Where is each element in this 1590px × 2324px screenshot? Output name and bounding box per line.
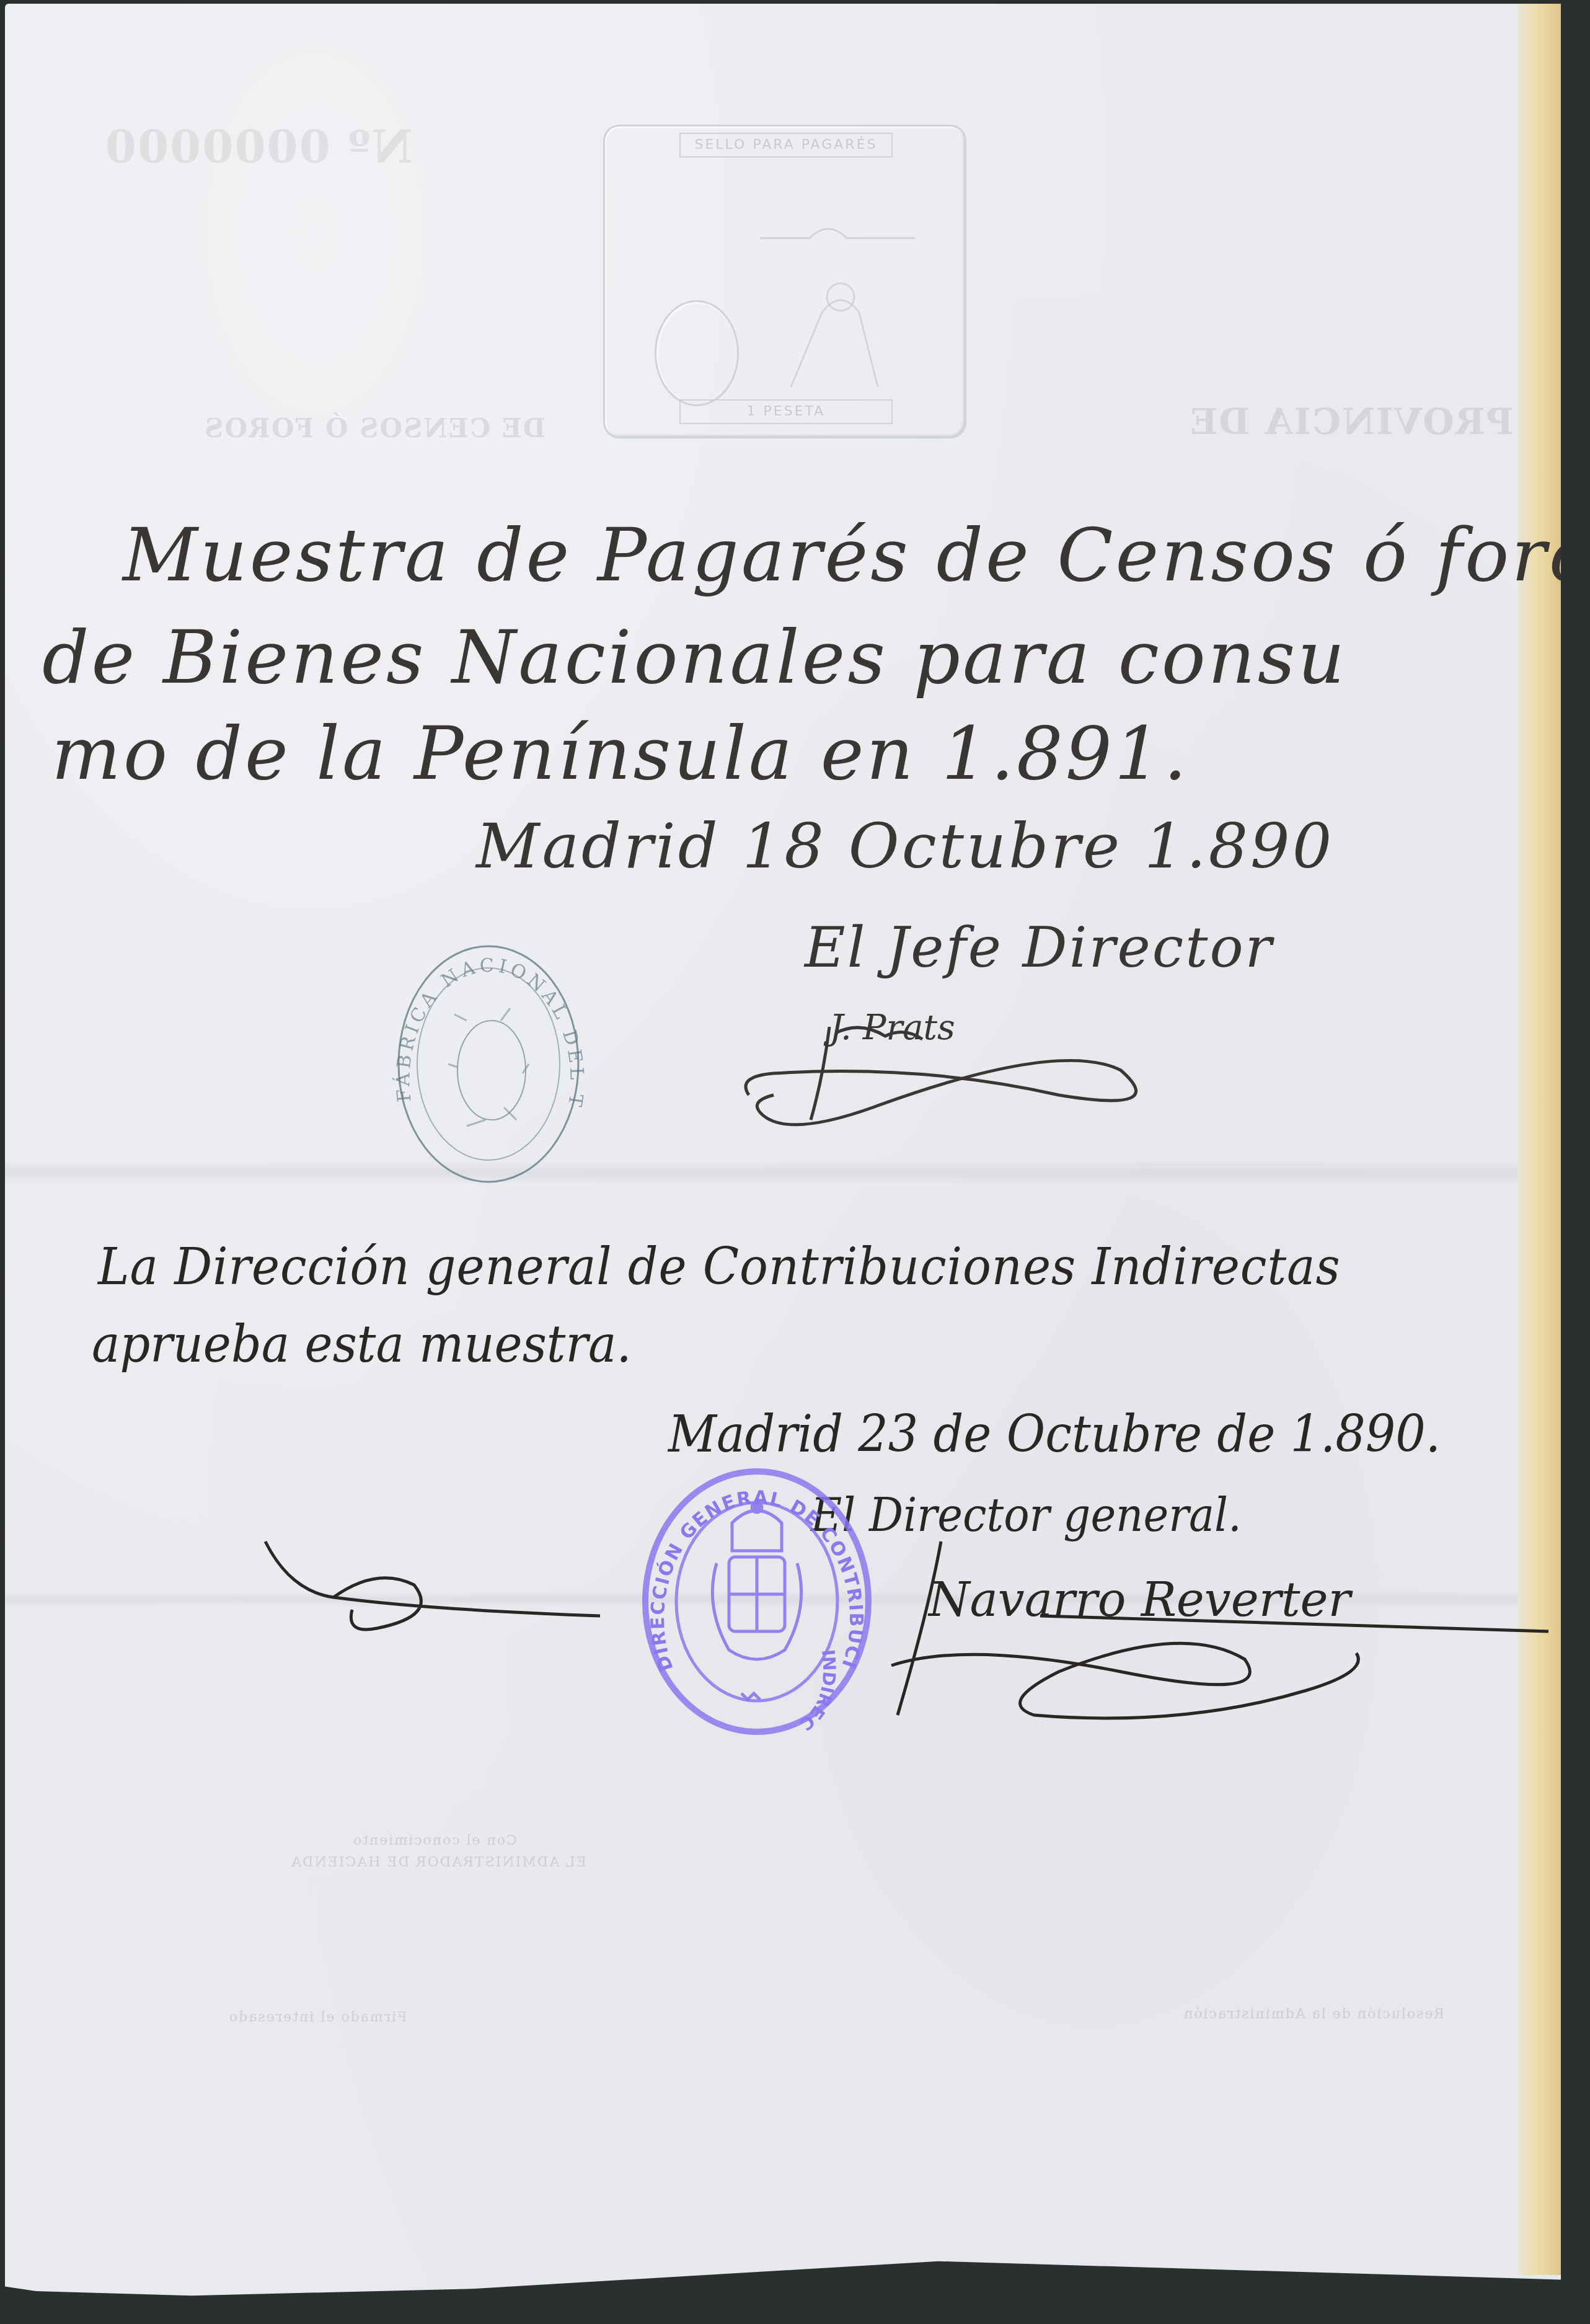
embossed-revenue-stamp: SELLO PARA PAGARÉS 1 PESETA xyxy=(603,125,966,438)
heading-line-1: Muestra de Pagarés de Censos ó foros xyxy=(123,512,1590,598)
approval-line-1: La Dirección general de Contribuciones I… xyxy=(98,1238,1340,1297)
approval-line-2: aprueba esta muestra. xyxy=(92,1315,632,1374)
emboss-bottom-band: 1 PESETA xyxy=(679,399,893,424)
paper-sheet: Nº 0000000 PROVINCIA DE DE CENSOS Ó FORO… xyxy=(5,4,1561,2298)
second-place-date: Madrid 23 de Octubre de 1.890. xyxy=(668,1405,1441,1464)
svg-text:J. Prats: J. Prats xyxy=(823,1008,955,1048)
mirrored-form-text: Resolución de la Administración xyxy=(1183,2007,1444,2022)
mirrored-form-text: Con el conocimiento xyxy=(352,1833,517,1848)
mirrored-form-text: Firmado el interesado xyxy=(228,2010,407,2025)
first-signature-flourish-icon: J. Prats xyxy=(736,1002,1245,1138)
fabrica-nacional-timbre-stamp: FÁBRICA NACIONAL DEL TIMBRE xyxy=(392,940,585,1188)
emboss-figure-icon xyxy=(754,213,927,399)
mirrored-form-text: EL ADMINISTRADOR DE HACIENDA xyxy=(290,1855,586,1870)
svg-text:FÁBRICA NACIONAL DEL TIMBRE: FÁBRICA NACIONAL DEL TIMBRE xyxy=(392,940,585,1112)
emboss-top-band: SELLO PARA PAGARÉS xyxy=(679,133,893,157)
first-place-date: Madrid 18 Octubre 1.890 xyxy=(476,810,1334,882)
mirrored-censos-label: DE CENSOS Ó FOROS xyxy=(203,413,545,443)
emboss-coat-of-arms-icon xyxy=(655,300,739,406)
heading-line-2: de Bienes Nacionales para consu xyxy=(42,614,1347,700)
document-scan: Nº 0000000 PROVINCIA DE DE CENSOS Ó FORO… xyxy=(0,0,1590,2324)
paper-fold xyxy=(5,1160,1517,1185)
aged-paper-edge xyxy=(1517,4,1561,2275)
mirrored-serial-number: Nº 0000000 xyxy=(104,120,413,173)
mirrored-province-label: PROVINCIA DE xyxy=(1189,401,1513,443)
heading-line-3: mo de la Península en 1.891. xyxy=(51,711,1189,796)
first-signatory-title: El Jefe Director xyxy=(805,915,1274,980)
second-signature-flourish-icon: Navarro Reverter xyxy=(253,1517,1555,1721)
